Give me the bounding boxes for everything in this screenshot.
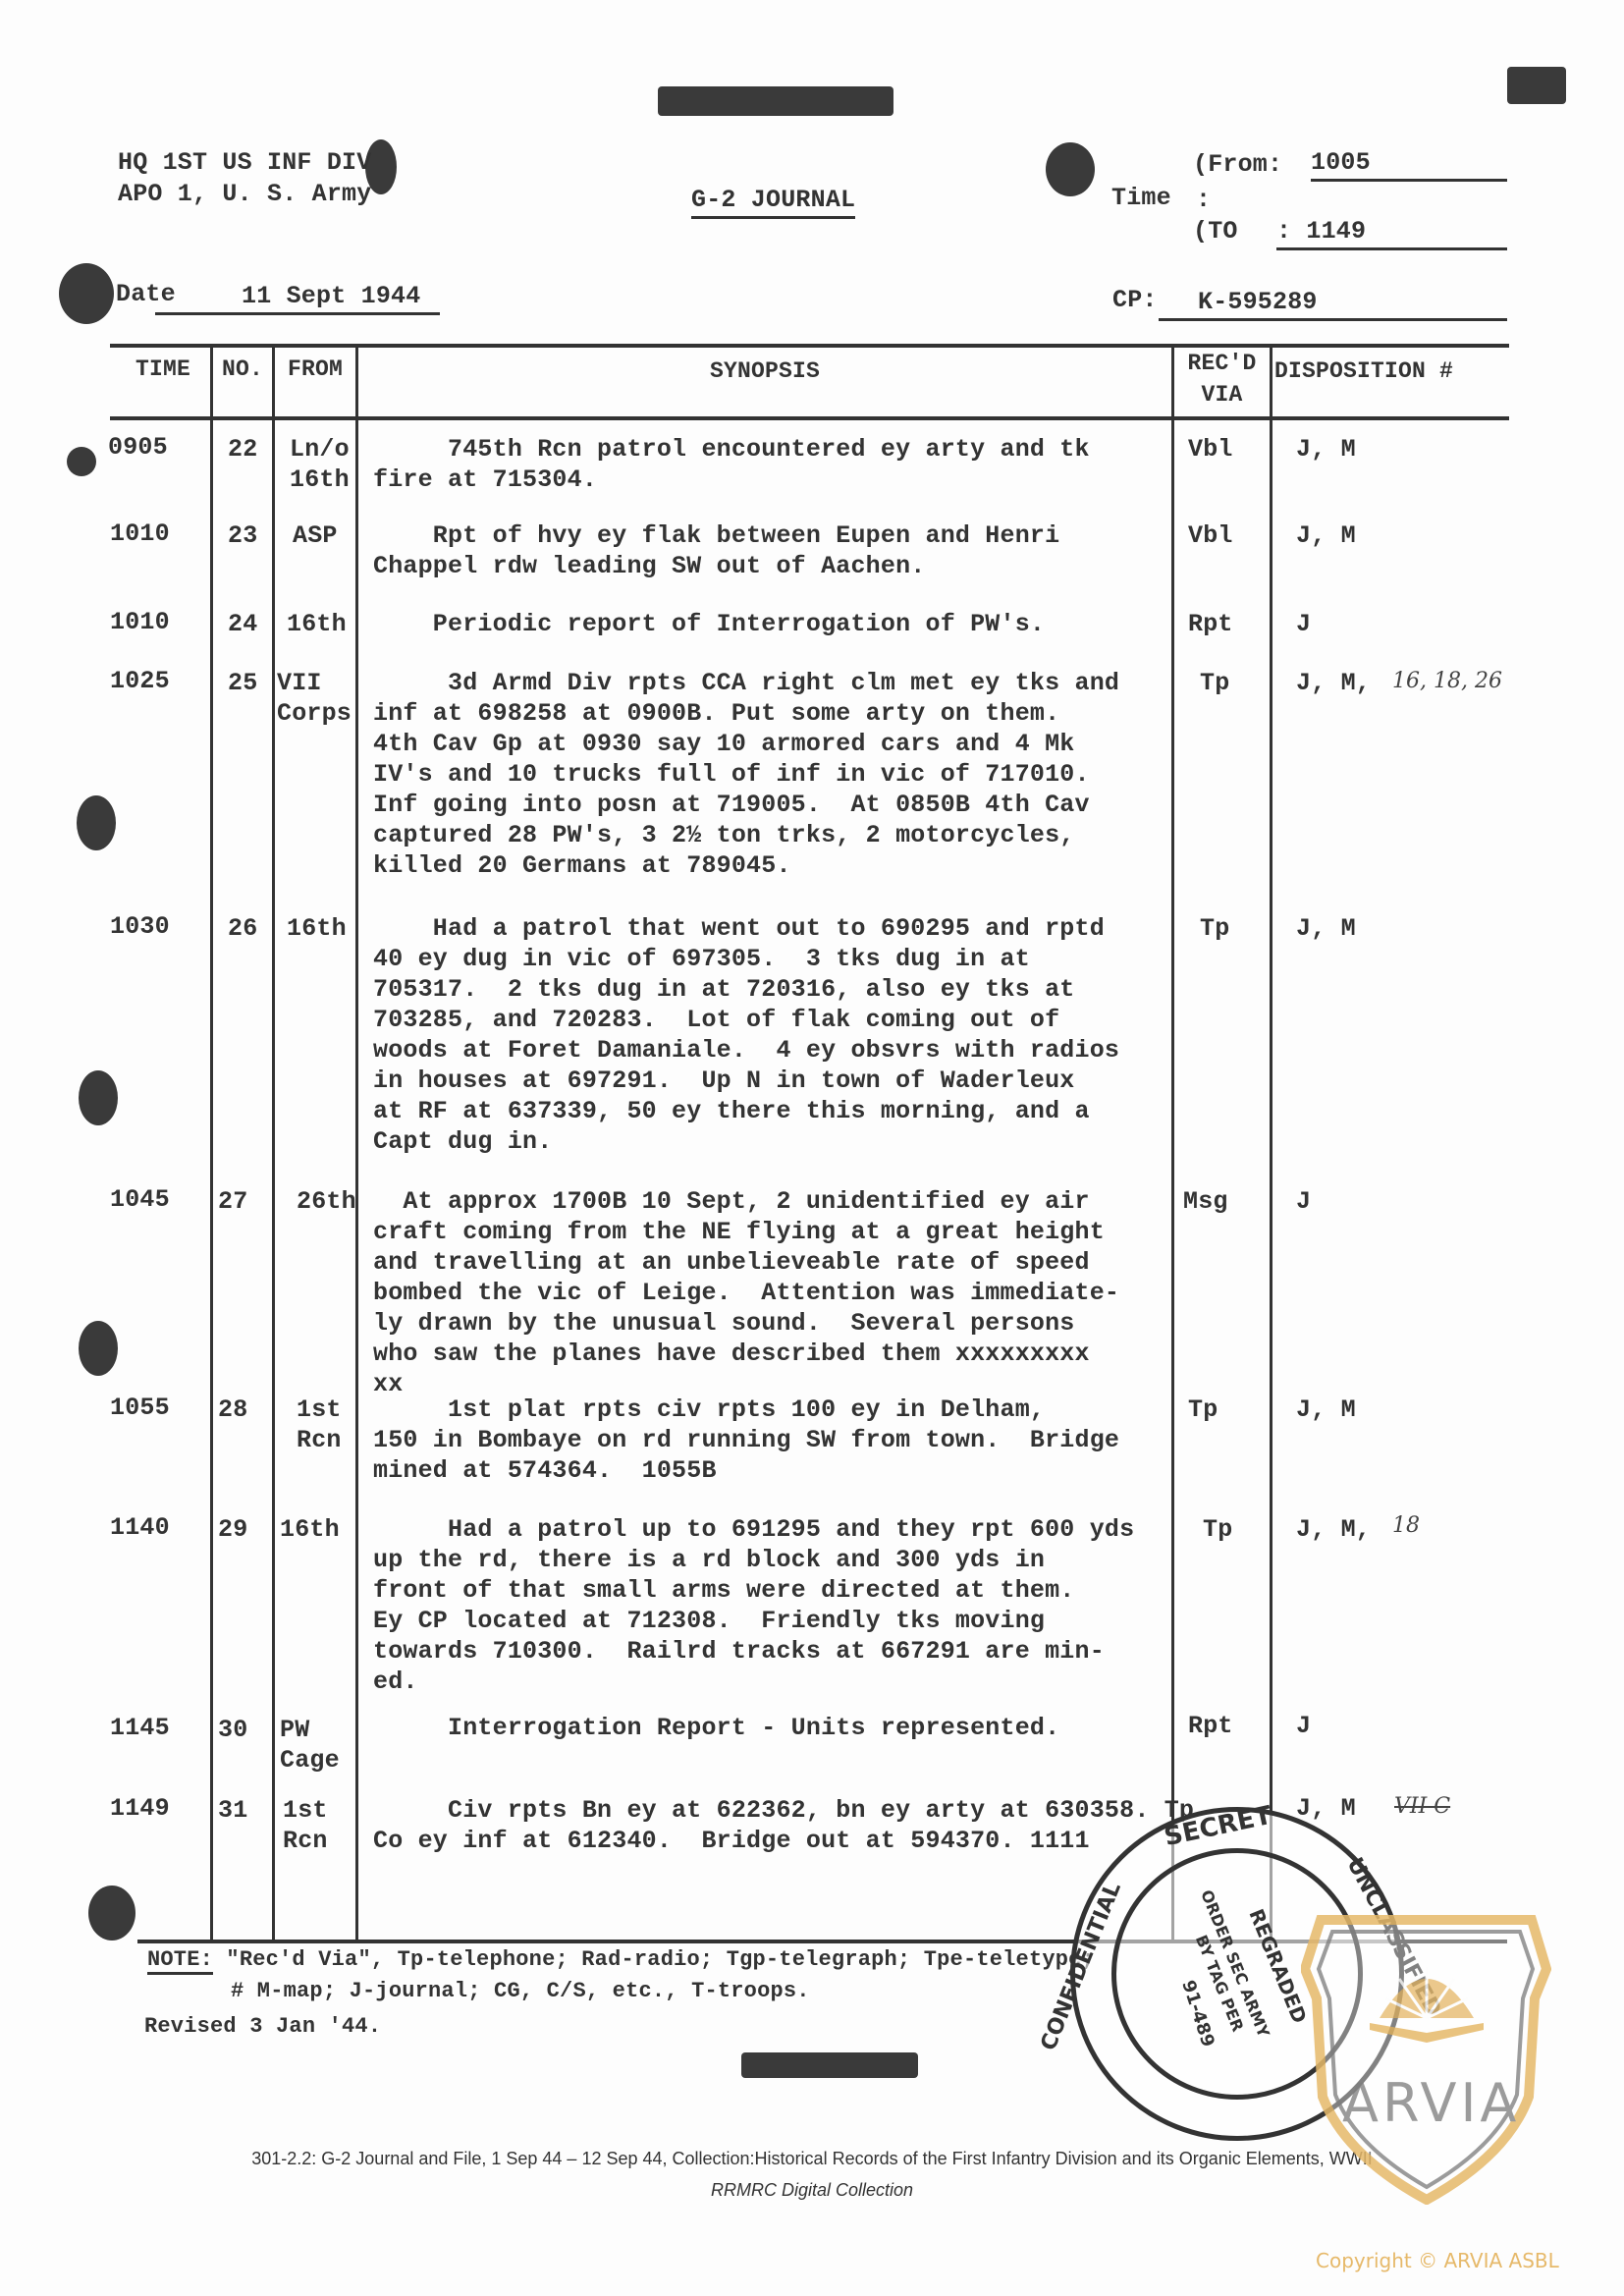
- row-time: 1010: [110, 519, 170, 549]
- arvia-name: ARVIA: [1342, 2072, 1509, 2134]
- from-label: (From:: [1193, 149, 1282, 181]
- note-line-2: # M-map; J-journal; CG, C/S, etc., T-tro…: [147, 1976, 1095, 2007]
- row-synopsis: At approx 1700B 10 Sept, 2 unidentified …: [373, 1186, 1119, 1399]
- col-header-no: NO.: [213, 355, 272, 383]
- row-disposition: J, M: [1296, 913, 1356, 944]
- row-via: Rpt: [1188, 609, 1233, 639]
- row-synopsis: Had a patrol up to 691295 and they rpt 6…: [373, 1514, 1134, 1697]
- arvia-shield-icon: [1301, 1910, 1551, 2205]
- punch-hole: [88, 1886, 135, 1941]
- row-disposition: J, M: [1296, 434, 1356, 465]
- row-from: PW Cage: [280, 1715, 340, 1776]
- to-value: : 1149: [1276, 216, 1507, 250]
- col-divider-synopsis: [1171, 346, 1174, 1941]
- row-time: 1010: [110, 607, 170, 637]
- row-via: Vbl: [1188, 520, 1233, 551]
- cp-label: CP:: [1112, 285, 1158, 316]
- row-time: 1055: [110, 1393, 170, 1423]
- punch-hole: [79, 1321, 118, 1376]
- row-time: 1030: [110, 911, 170, 942]
- col-header-disposition: DISPOSITION #: [1272, 357, 1510, 385]
- redacted-classification-top: [658, 86, 893, 116]
- row-via: Msg: [1183, 1186, 1228, 1217]
- col-divider-no: [272, 346, 275, 1941]
- date-value: 11 Sept 1944: [155, 281, 440, 315]
- note-block: NOTE: "Rec'd Via", Tp-telephone; Rad-rad…: [147, 1944, 1095, 2043]
- col-header-recd: REC'D: [1174, 350, 1270, 377]
- row-via: Rpt: [1188, 1711, 1233, 1741]
- row-via: Vbl: [1188, 434, 1233, 465]
- row-from: 26th: [297, 1186, 356, 1217]
- redacted-corner-mark: [1507, 67, 1566, 104]
- revised-date: Revised 3 Jan '44.: [144, 2011, 1095, 2043]
- row-no: 27: [218, 1186, 247, 1217]
- col-header-from: FROM: [275, 355, 355, 383]
- row-from: Ln/o 16th: [290, 434, 350, 495]
- row-disposition: J, M: [1296, 1394, 1356, 1425]
- col-header-time: TIME: [116, 355, 210, 383]
- row-no: 26: [228, 913, 257, 944]
- row-via: Tp: [1200, 668, 1229, 698]
- row-no: 30: [218, 1715, 247, 1745]
- row-synopsis: 3d Armd Div rpts CCA right clm met ey tk…: [373, 668, 1119, 881]
- copyright-notice: Copyright © ARVIA ASBL: [1316, 2249, 1559, 2272]
- unit-line-1: HQ 1ST US INF DIV: [118, 147, 371, 179]
- row-from: 1st Rcn: [297, 1394, 342, 1455]
- row-no: 24: [228, 609, 257, 639]
- row-synopsis: Periodic report of Interrogation of PW's…: [373, 609, 1045, 639]
- time-colon: :: [1196, 185, 1211, 216]
- row-via: Tp: [1200, 913, 1229, 944]
- punch-hole: [67, 447, 96, 476]
- redacted-classification-bottom: [741, 2052, 918, 2078]
- row-disposition: J, M: [1296, 1793, 1356, 1824]
- row-via: Tp: [1188, 1394, 1218, 1425]
- col-divider-via: [1270, 346, 1272, 1941]
- row-synopsis: Civ rpts Bn ey at 622362, bn ey arty at …: [373, 1795, 1194, 1856]
- note-line-1: "Rec'd Via", Tp-telephone; Rad-radio; Tg…: [213, 1947, 1095, 1972]
- row-via: Tp: [1203, 1514, 1232, 1545]
- row-disposition-handwritten: 16, 18, 26: [1392, 666, 1502, 696]
- time-label: Time: [1111, 183, 1171, 214]
- col-header-synopsis: SYNOPSIS: [358, 357, 1171, 385]
- row-disposition: J: [1296, 609, 1311, 639]
- punch-hole: [59, 263, 114, 324]
- row-disposition: J: [1296, 1711, 1311, 1741]
- row-no: 23: [228, 520, 257, 551]
- journal-title: G-2 JOURNAL: [691, 185, 855, 219]
- row-synopsis: Rpt of hvy ey flak between Eupen and Hen…: [373, 520, 1059, 581]
- row-no: 28: [218, 1394, 247, 1425]
- table-top-rule: [110, 344, 1509, 348]
- row-disposition-handwritten: VII C: [1394, 1791, 1450, 1822]
- col-header-via: VIA: [1174, 381, 1270, 409]
- row-disposition: J, M,: [1296, 1514, 1371, 1545]
- row-disposition: J, M,: [1296, 668, 1371, 698]
- col-divider-from: [355, 346, 358, 1941]
- row-disposition: J: [1296, 1186, 1311, 1217]
- row-time: 1140: [110, 1512, 170, 1543]
- row-no: 25: [228, 668, 257, 698]
- row-time: 1145: [110, 1713, 170, 1743]
- arvia-watermark: ARVIA: [1301, 1910, 1551, 2205]
- to-label: (TO: [1193, 216, 1238, 247]
- cp-value: K-595289: [1159, 287, 1507, 321]
- from-value: 1005: [1311, 147, 1507, 182]
- note-label: NOTE:: [147, 1947, 213, 1975]
- row-time: 1149: [110, 1793, 170, 1824]
- row-from: 16th: [287, 609, 347, 639]
- table-header-rule: [110, 416, 1509, 420]
- row-no: 31: [218, 1795, 247, 1826]
- row-time: 0905: [108, 432, 168, 463]
- punch-hole: [77, 795, 116, 850]
- row-from: 16th: [287, 913, 347, 944]
- row-from: 1st Rcn: [283, 1795, 328, 1856]
- row-synopsis: Interrogation Report - Units represented…: [373, 1713, 1059, 1743]
- row-disposition-handwritten: 18: [1392, 1510, 1420, 1541]
- row-synopsis: 1st plat rpts civ rpts 100 ey in Delham,…: [373, 1394, 1119, 1486]
- row-synopsis: 745th Rcn patrol encountered ey arty and…: [373, 434, 1090, 495]
- row-disposition: J, M: [1296, 520, 1356, 551]
- punch-hole: [79, 1070, 118, 1125]
- row-time: 1025: [110, 666, 170, 696]
- row-from: 16th: [280, 1514, 340, 1545]
- row-time: 1045: [110, 1184, 170, 1215]
- punch-hole: [1046, 142, 1095, 196]
- row-no: 22: [228, 434, 257, 465]
- col-divider-time: [210, 346, 213, 1941]
- unit-line-2: APO 1, U. S. Army: [118, 179, 371, 210]
- row-no: 29: [218, 1514, 247, 1545]
- row-from: ASP: [293, 520, 338, 551]
- row-synopsis: Had a patrol that went out to 690295 and…: [373, 913, 1119, 1157]
- row-from: VII Corps: [277, 668, 352, 729]
